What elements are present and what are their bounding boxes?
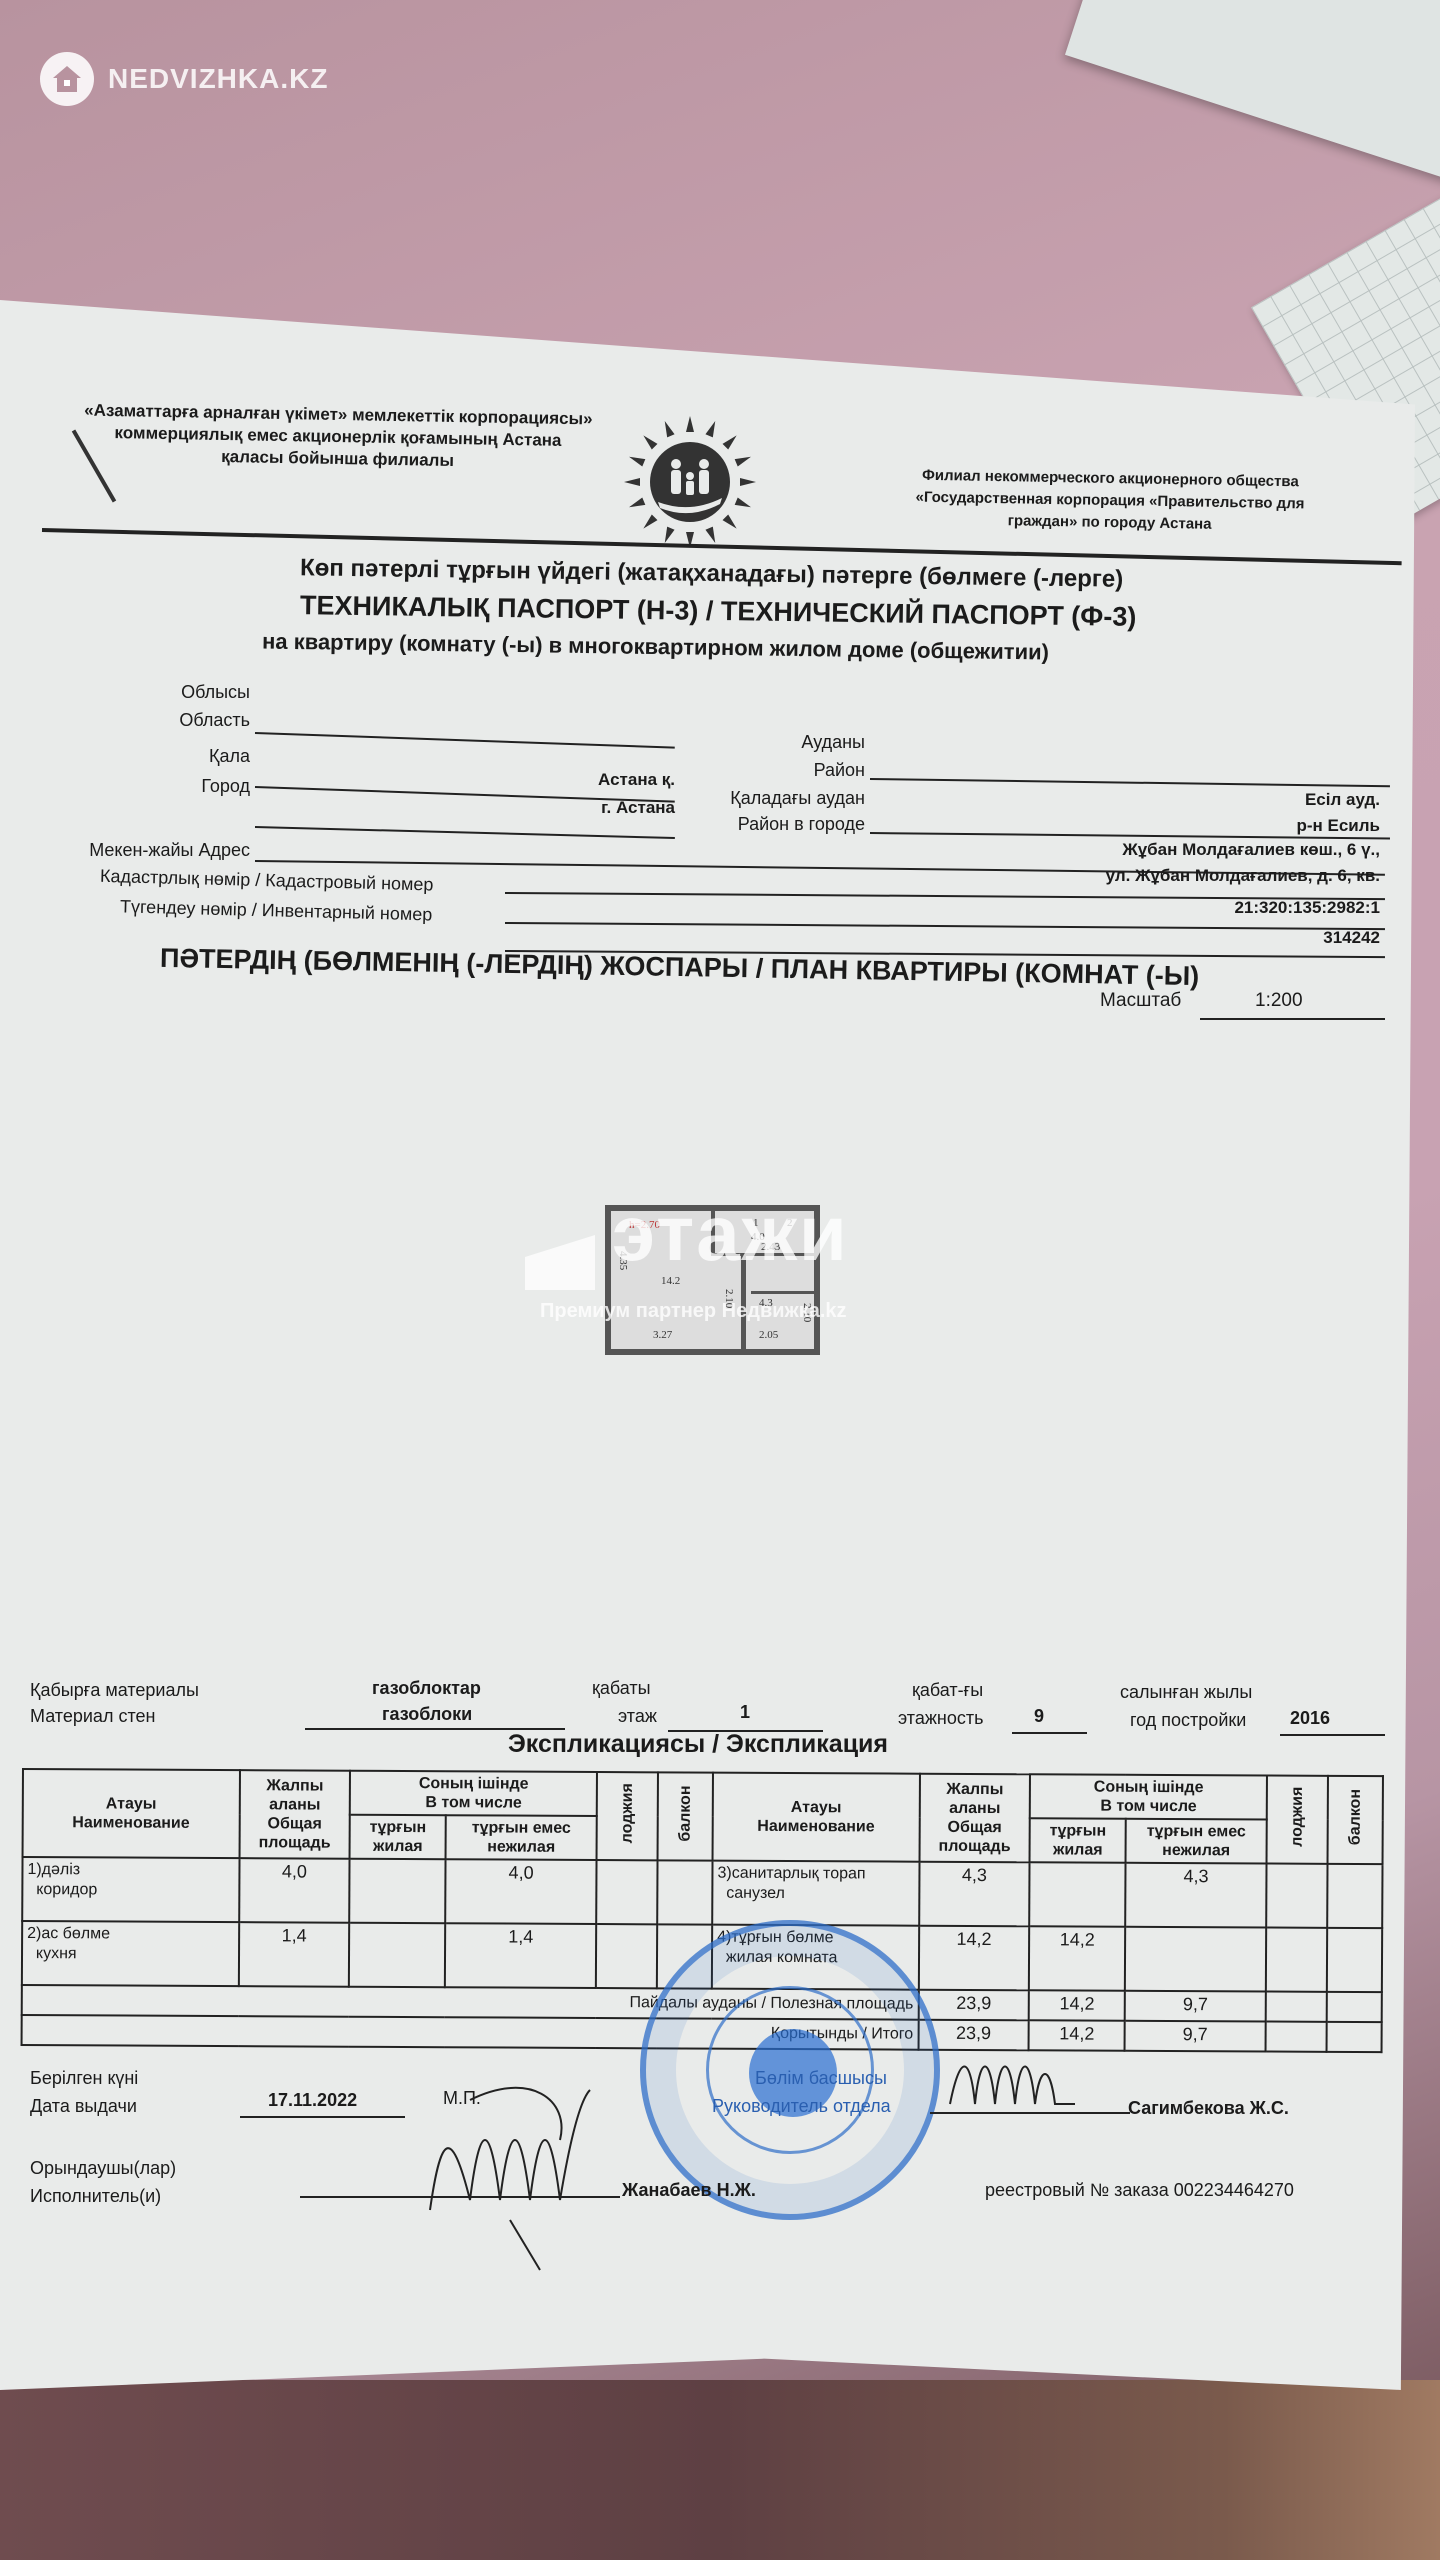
- sun-family-emblem-icon: [620, 410, 760, 550]
- city-underline-2: [255, 826, 675, 839]
- city-district-value-ru: р-н Есиль: [1180, 816, 1380, 836]
- address-value-ru: ул. Жұбан Молдағалиев, д. 6, кв.: [960, 866, 1380, 886]
- address-value-kz: Жұбан Молдағалиев көш., 6 ү.,: [960, 840, 1380, 860]
- executor-name: Жанабаев Н.Ж.: [622, 2180, 756, 2201]
- order-number: реестровый № заказа 00223446427­0: [985, 2180, 1294, 2201]
- header-balcony-2: балкон: [1327, 1776, 1383, 1864]
- year-underline: [1280, 1734, 1385, 1736]
- district-underline: [870, 778, 1390, 787]
- header-loggia-2: лоджия: [1267, 1776, 1328, 1864]
- header-incl: Соның ішіндеВ том числе: [350, 1771, 597, 1816]
- year-label-ru: год постройки: [1130, 1710, 1246, 1731]
- head-name: Сагимбекова Ж.С.: [1128, 2098, 1289, 2119]
- executor-label-ru: Исполнитель(и): [30, 2186, 161, 2207]
- cadastral-value: 21:320:135:2982:1: [1080, 898, 1380, 918]
- header-nonliving: тұрғын емеснежилая: [446, 1815, 597, 1860]
- etazhi-watermark-subtitle: Премиум партнер Недвижка.kz: [540, 1300, 847, 1323]
- table-row: 1)дәліз коридор 4,0 4,0 3)санитарлық тор…: [22, 1857, 1382, 1928]
- address-label: Мекен-жайы Адрес: [30, 840, 250, 861]
- header-name: АтауыНаименование: [23, 1769, 240, 1858]
- city-district-value-kz: Есіл ауд.: [1180, 790, 1380, 810]
- scale-underline: [1200, 1018, 1385, 1020]
- city-value-ru: г. Астана: [470, 798, 675, 818]
- executor-signature: [410, 2080, 630, 2280]
- table-header-row: АтауыНаименование ЖалпыаланыОбщаяплощадь…: [23, 1769, 1383, 1820]
- oblast-label-kz: Облысы: [100, 682, 250, 703]
- floor-value: 1: [740, 1702, 750, 1723]
- technical-passport-document: «Азаматтарға арналған үкімет» мемлекетті…: [0, 300, 1415, 2390]
- district-label-ru: Район: [700, 760, 865, 781]
- header-living-2: тұрғынжилая: [1030, 1818, 1126, 1863]
- header-living: тұрғынжилая: [350, 1815, 446, 1860]
- header-balcony: балкон: [657, 1772, 713, 1860]
- head-label-ru: Руководитель отдела: [712, 2096, 891, 2117]
- floor-label-kz: қабаты: [592, 1678, 651, 1699]
- inventory-value: 314242: [1180, 928, 1380, 948]
- etazhi-watermark: этажи: [612, 1188, 849, 1279]
- background-fabric-bottom: [0, 2380, 1440, 2560]
- district-label-kz: Ауданы: [700, 732, 865, 753]
- floors-label-ru: этажность: [898, 1708, 983, 1729]
- floors-underline: [1012, 1732, 1087, 1734]
- floor-label-ru: этаж: [618, 1706, 657, 1727]
- head-label-kz: Бөлім басшысы: [755, 2068, 887, 2089]
- year-value: 2016: [1290, 1708, 1330, 1729]
- inventory-label: Түгендеу нөмір / Инвентарный номер: [20, 894, 500, 928]
- wall-material-value-kz: газоблоктар: [372, 1678, 481, 1699]
- header-org-ru: Филиал некоммерческого акционерного обще…: [869, 464, 1350, 538]
- header-total-2: ЖалпыаланыОбщаяплощадь: [919, 1774, 1030, 1863]
- city-label-kz: Қала: [100, 746, 250, 767]
- background-paper-sheet: [1065, 0, 1440, 197]
- header-name-2: АтауыНаименование: [713, 1773, 920, 1862]
- issue-date-value: 17.11.2022: [268, 2090, 357, 2111]
- header-nonliving-2: тұрғын емеснежилая: [1126, 1819, 1267, 1864]
- city-value-kz: Астана қ.: [470, 770, 675, 790]
- wall-material-value-ru: газоблоки: [382, 1704, 472, 1725]
- city-district-label-ru: Район в городе: [680, 814, 865, 835]
- floors-value: 9: [1034, 1706, 1044, 1727]
- floors-label-kz: қабат-ғы: [912, 1680, 983, 1701]
- year-label-kz: салынған жылы: [1120, 1682, 1252, 1703]
- city-label-ru: Город: [100, 776, 250, 797]
- header-total: ЖалпыаланыОбщаяплощадь: [239, 1770, 350, 1859]
- header-incl-2: Соның ішіндеВ том числе: [1030, 1774, 1267, 1819]
- site-name: NEDVIZHKA.KZ: [108, 63, 328, 95]
- title-ru: на квартиру (комнату (-ы) в многоквартир…: [262, 629, 1049, 666]
- cadastral-label: Кадастрлық нөмір / Кадастровый номер: [20, 864, 500, 898]
- issue-date-label-kz: Берілген күні: [30, 2068, 138, 2089]
- site-watermark: NEDVIZHKA.KZ: [40, 52, 328, 106]
- issue-date-underline: [240, 2116, 405, 2118]
- house-icon: [40, 52, 94, 106]
- city-district-label-kz: Қаладағы аудан: [680, 788, 865, 809]
- issue-date-label-ru: Дата выдачи: [30, 2096, 137, 2117]
- oblast-underline: [255, 732, 675, 749]
- header-loggia: лоджия: [597, 1772, 658, 1860]
- head-signature: [940, 2044, 1080, 2124]
- explication-title: Экспликациясы / Экспликация: [508, 1730, 888, 1759]
- executor-label-kz: Орындаушы(лар): [30, 2158, 176, 2179]
- scale-label: Масштаб: [1100, 990, 1181, 1012]
- etazhi-building-icon: [525, 1235, 595, 1290]
- scale-value: 1:200: [1255, 990, 1303, 1012]
- title-kz: Көп пәтерлі тұрғын үйдегі (жатақханадағы…: [300, 554, 1124, 593]
- wall-material-label-ru: Материал стен: [30, 1706, 155, 1727]
- title-main: ТЕХНИКАЛЫҚ ПАСПОРТ (Н-3) / ТЕХНИЧЕСКИЙ П…: [300, 590, 1137, 633]
- wall-material-label-kz: Қабырға материалы: [30, 1680, 199, 1701]
- oblast-label-ru: Область: [100, 710, 250, 731]
- header-org-kz: «Азаматтарға арналған үкімет» мемлекетті…: [57, 399, 618, 475]
